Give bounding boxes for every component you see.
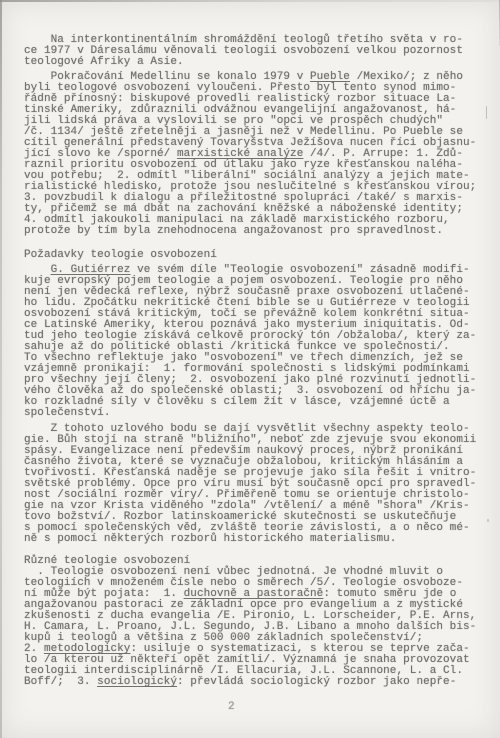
- paragraph: Pokračování Medellinu se konalo 1979 v P…: [24, 72, 482, 237]
- section-heading: Požadavky teologie osvobození: [24, 250, 482, 261]
- scanned-document-page: Na interkontinentálním shromáždění teolo…: [0, 0, 500, 738]
- text-line: ně s pomocí některých rozborů historické…: [24, 534, 482, 545]
- scan-edge-top: [0, 0, 500, 2]
- paragraph: Z tohoto uzlového bodu se dají vysvětlit…: [24, 424, 482, 545]
- text-line: Požadavky teologie osvobození: [24, 250, 482, 261]
- text-line: protože by tím byla znehodnocena angažov…: [24, 226, 482, 237]
- scan-artifact-dash: [486, 106, 488, 119]
- text-line: teologové Afriky a Asie.: [24, 57, 482, 68]
- text-line: Boff/; 3. sociologický: převládá sociolo…: [24, 677, 482, 688]
- document-body: Na interkontinentálním shromáždění teolo…: [24, 35, 482, 688]
- text-line: společenství.: [24, 408, 482, 419]
- paragraph: G. Gutiérrez ve svém díle "Teologie osvo…: [24, 265, 482, 419]
- page-number: 2: [228, 702, 235, 713]
- paragraph: Na interkontinentálním shromáždění teolo…: [24, 35, 482, 68]
- underlined-text: sociologický: [97, 676, 177, 688]
- scan-artifact-dot: [487, 519, 489, 522]
- scan-edge-left: [0, 0, 2, 738]
- paragraph: . Teologie osvobození není vůbec jednotn…: [24, 567, 482, 688]
